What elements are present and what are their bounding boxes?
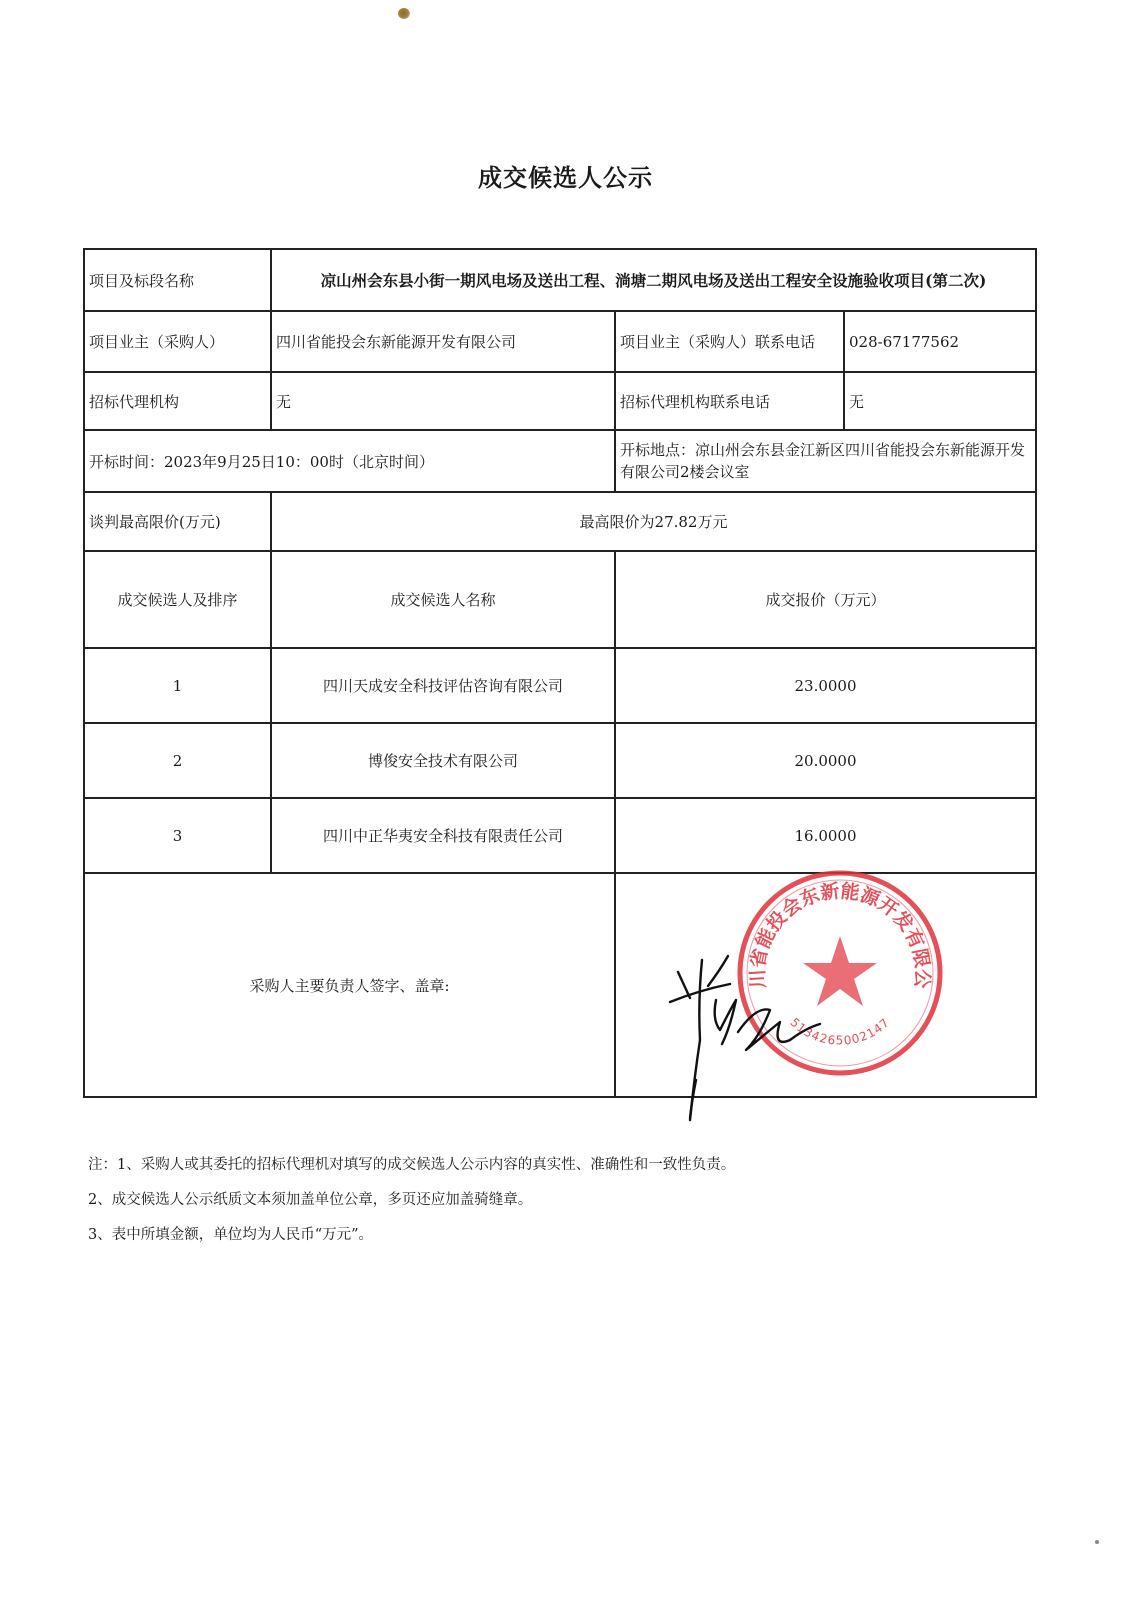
- page-title: 成交候选人公示: [0, 158, 1131, 193]
- signature-area: [615, 873, 1036, 1097]
- candidate-price: 20.0000: [615, 723, 1036, 798]
- candidate-rank: 2: [84, 723, 271, 798]
- project-name-label: 项目及标段名称: [84, 249, 271, 311]
- owner-phone-value: 028-67177562: [844, 311, 1036, 372]
- bid-time: 开标时间：2023年9月25日10：00时（北京时间）: [84, 430, 615, 492]
- max-price-label: 谈判最高限价(万元): [84, 492, 271, 551]
- table-row: 2 博俊安全技术有限公司 20.0000: [84, 723, 1036, 798]
- header-rank: 成交候选人及排序: [84, 551, 271, 648]
- max-price-value: 最高限价为27.82万元: [271, 492, 1036, 551]
- announcement-table: 项目及标段名称 凉山州会东县小街一期风电场及送出工程、淌塘二期风电场及送出工程安…: [83, 248, 1037, 1098]
- agency-phone-label: 招标代理机构联系电话: [615, 372, 844, 430]
- candidate-rank: 3: [84, 798, 271, 873]
- owner-value: 四川省能投会东新能源开发有限公司: [271, 311, 615, 372]
- header-name: 成交候选人名称: [271, 551, 615, 648]
- candidate-price: 23.0000: [615, 648, 1036, 723]
- candidate-name: 四川天成安全科技评估咨询有限公司: [271, 648, 615, 723]
- project-name-value: 凉山州会东县小街一期风电场及送出工程、淌塘二期风电场及送出工程安全设施验收项目(…: [271, 249, 1036, 311]
- owner-row: 项目业主（采购人） 四川省能投会东新能源开发有限公司 项目业主（采购人）联系电话…: [84, 311, 1036, 372]
- candidate-price: 16.0000: [615, 798, 1036, 873]
- header-price: 成交报价（万元）: [615, 551, 1036, 648]
- scan-dot: [1095, 1540, 1099, 1544]
- owner-phone-label: 项目业主（采购人）联系电话: [615, 311, 844, 372]
- candidate-name: 博俊安全技术有限公司: [271, 723, 615, 798]
- agency-label: 招标代理机构: [84, 372, 271, 430]
- scan-speck: [398, 8, 410, 19]
- bid-time-location-row: 开标时间：2023年9月25日10：00时（北京时间） 开标地点：凉山州会东县金…: [84, 430, 1036, 492]
- candidate-name: 四川中正华夷安全科技有限责任公司: [271, 798, 615, 873]
- signature-row: 采购人主要负责人签字、盖章:: [84, 873, 1036, 1097]
- owner-label: 项目业主（采购人）: [84, 311, 271, 372]
- table-row: 1 四川天成安全科技评估咨询有限公司 23.0000: [84, 648, 1036, 723]
- max-price-row: 谈判最高限价(万元) 最高限价为27.82万元: [84, 492, 1036, 551]
- signature-label: 采购人主要负责人签字、盖章:: [84, 873, 615, 1097]
- bid-location: 开标地点：凉山州会东县金江新区四川省能投会东新能源开发有限公司2楼会议室: [615, 430, 1036, 492]
- agency-row: 招标代理机构 无 招标代理机构联系电话 无: [84, 372, 1036, 430]
- note-1: 注：1、采购人或其委托的招标代理机对填写的成交候选人公示内容的真实性、准确性和一…: [88, 1150, 735, 1181]
- agency-phone-value: 无: [844, 372, 1036, 430]
- note-3: 3、表中所填金额，单位均为人民币“万元”。: [88, 1220, 735, 1251]
- project-name-row: 项目及标段名称 凉山州会东县小街一期风电场及送出工程、淌塘二期风电场及送出工程安…: [84, 249, 1036, 311]
- agency-value: 无: [271, 372, 615, 430]
- table-row: 3 四川中正华夷安全科技有限责任公司 16.0000: [84, 798, 1036, 873]
- note-2: 2、成交候选人公示纸质文本须加盖单位公章，多页还应加盖骑缝章。: [88, 1185, 735, 1216]
- candidates-header-row: 成交候选人及排序 成交候选人名称 成交报价（万元）: [84, 551, 1036, 648]
- notes: 注：1、采购人或其委托的招标代理机对填写的成交候选人公示内容的真实性、准确性和一…: [88, 1150, 735, 1255]
- candidate-rank: 1: [84, 648, 271, 723]
